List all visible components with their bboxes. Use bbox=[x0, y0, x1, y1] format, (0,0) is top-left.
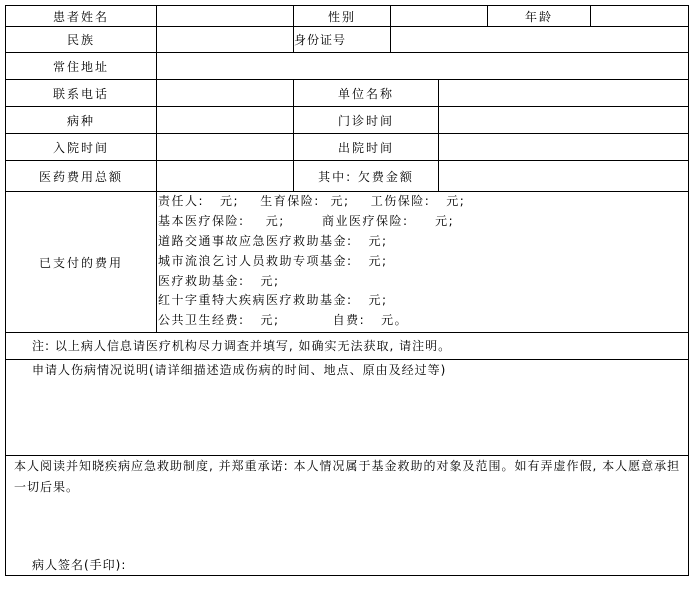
outpatient-time-field[interactable] bbox=[439, 107, 688, 133]
signature-field[interactable] bbox=[160, 555, 680, 575]
phone-field[interactable] bbox=[157, 80, 293, 106]
ethnicity-label: 民族 bbox=[6, 27, 156, 52]
admission-time-field[interactable] bbox=[157, 134, 293, 160]
id-number-field[interactable] bbox=[391, 27, 688, 52]
gender-field[interactable] bbox=[391, 6, 487, 26]
total-medical-cost-field[interactable] bbox=[157, 161, 293, 191]
owed-amount-field[interactable] bbox=[439, 161, 688, 191]
ethnicity-field[interactable] bbox=[157, 27, 293, 52]
border-bottom bbox=[5, 575, 689, 576]
paid-line-red-cross-fund[interactable]: 红十字重特大疾病医疗救助基金: 元; bbox=[158, 291, 686, 311]
total-medical-cost-label: 医药费用总额 bbox=[6, 161, 156, 191]
id-number-label: 身份证号 bbox=[294, 27, 390, 52]
employer-label: 单位名称 bbox=[294, 80, 438, 106]
address-label: 常住地址 bbox=[6, 53, 156, 79]
signature-label: 病人签名(手印): bbox=[32, 555, 126, 575]
paid-line-responsible-party-maternity-work-injury[interactable]: 责任人: 元; 生育保险: 元; 工伤保险: 元; bbox=[158, 192, 686, 212]
address-field[interactable] bbox=[157, 53, 688, 79]
patient-name-label: 患者姓名 bbox=[6, 6, 156, 26]
declaration-text: 本人阅读并知晓疾病应急救助制度, 并郑重承诺: 本人情况属于基金救助的对象及范围… bbox=[14, 456, 684, 498]
paid-line-basic-commercial-insurance[interactable]: 基本医疗保险: 元; 商业医疗保险: 元; bbox=[158, 212, 686, 232]
admission-time-label: 入院时间 bbox=[6, 134, 156, 160]
discharge-time-label: 出院时间 bbox=[294, 134, 438, 160]
age-label: 年龄 bbox=[488, 6, 590, 26]
gender-label: 性别 bbox=[294, 6, 390, 26]
paid-line-road-accident-fund[interactable]: 道路交通事故应急医疗救助基金: 元; bbox=[158, 232, 686, 252]
paid-line-public-health-self-pay[interactable]: 公共卫生经费: 元; 自费: 元。 bbox=[158, 311, 686, 331]
employer-field[interactable] bbox=[439, 80, 688, 106]
age-field[interactable] bbox=[591, 6, 688, 26]
row-divider bbox=[5, 332, 689, 333]
injury-description-field[interactable] bbox=[6, 382, 688, 454]
border-right bbox=[688, 5, 689, 576]
paid-costs-breakdown: 责任人: 元; 生育保险: 元; 工伤保险: 元; 基本医疗保险: 元; 商业医… bbox=[158, 192, 686, 331]
owed-amount-label: 其中: 欠费金额 bbox=[294, 161, 438, 191]
outpatient-time-label: 门诊时间 bbox=[294, 107, 438, 133]
paid-costs-label: 已支付的费用 bbox=[6, 192, 156, 332]
paid-line-vagrant-aid-fund[interactable]: 城市流浪乞讨人员救助专项基金: 元; bbox=[158, 252, 686, 272]
discharge-time-field[interactable] bbox=[439, 134, 688, 160]
patient-name-field[interactable] bbox=[157, 6, 293, 26]
disease-label: 病种 bbox=[6, 107, 156, 133]
paid-line-medical-aid-fund[interactable]: 医疗救助基金: 元; bbox=[158, 272, 686, 292]
note-text: 注: 以上病人信息请医疗机构尽力调查并填写, 如确实无法获取, 请注明。 bbox=[32, 336, 451, 356]
emergency-medical-aid-application-form: 患者姓名 性别 年龄 民族 身份证号 常住地址 联系电话 单位名称 病种 门诊时… bbox=[0, 0, 693, 600]
phone-label: 联系电话 bbox=[6, 80, 156, 106]
injury-description-label: 申请人伤病情况说明(请详细描述造成伤病的时间、地点、原由及经过等) bbox=[32, 360, 446, 380]
disease-field[interactable] bbox=[157, 107, 293, 133]
